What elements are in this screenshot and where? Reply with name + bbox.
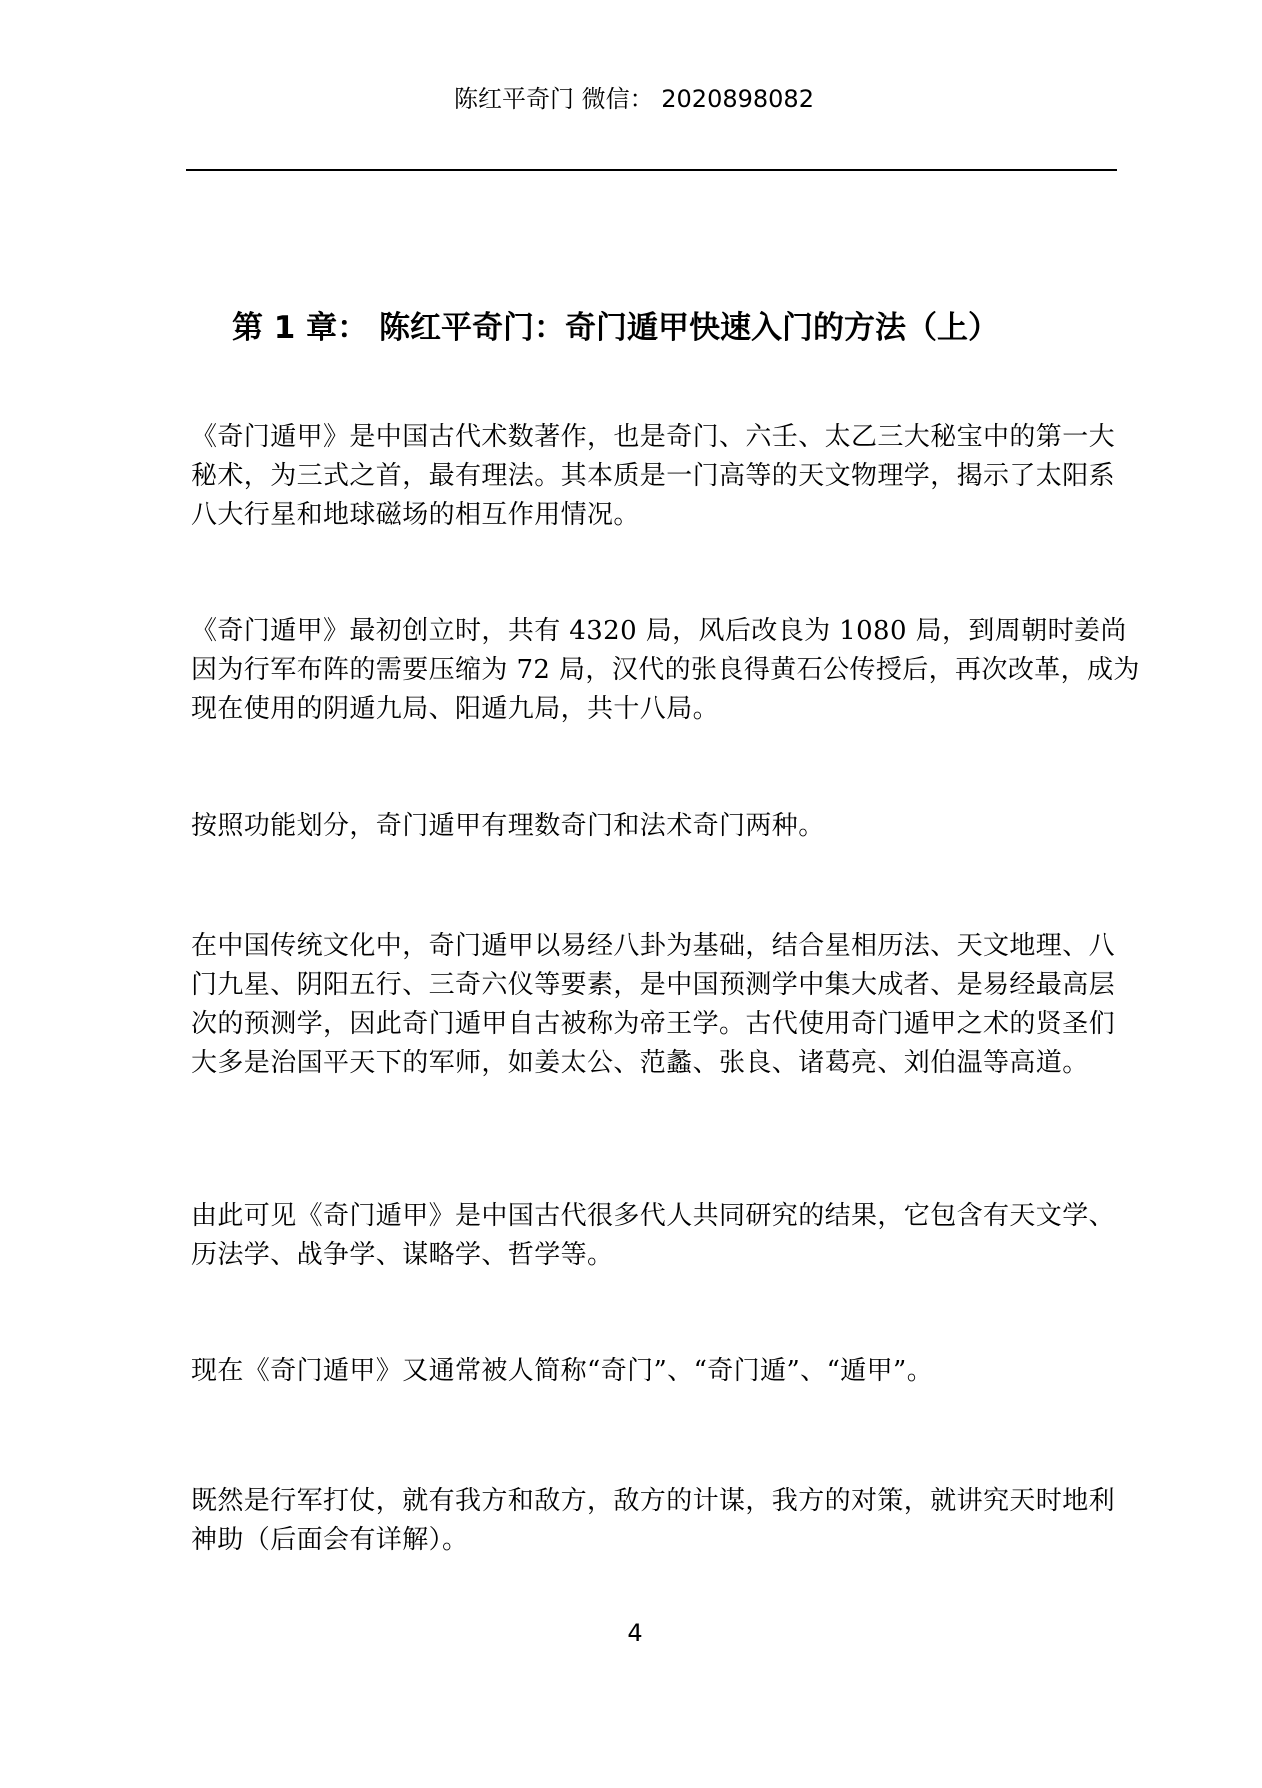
chapter-title: 第 1 章： 陈红平奇门：奇门遁甲快速入门的方法（上）	[232, 306, 999, 350]
page-header: 陈红平奇门 微信： 2020898082	[0, 82, 1262, 116]
paragraph-7: 既然是行军打仗，就有我方和敌方，敌方的计谋，我方的对策，就讲究天时地利神助（后面…	[191, 1482, 1141, 1560]
paragraph-4: 在中国传统文化中，奇门遁甲以易经八卦为基础，结合星相历法、天文地理、八门九星、阴…	[191, 927, 1141, 1083]
header-rule	[186, 169, 1117, 171]
paragraph-2: 《奇门遁甲》最初创立时，共有 4320 局，风后改良为 1080 局，到周朝时姜…	[191, 612, 1141, 729]
paragraph-5: 由此可见《奇门遁甲》是中国古代很多代人共同研究的结果，它包含有天文学、历法学、战…	[191, 1197, 1141, 1275]
paragraph-6: 现在《奇门遁甲》又通常被人简称“奇门”、“奇门遁”、“遁甲”。	[191, 1352, 1141, 1391]
page-number: 4	[0, 1618, 1262, 1648]
paragraph-1: 《奇门遁甲》是中国古代术数著作，也是奇门、六壬、太乙三大秘宝中的第一大秘术，为三…	[191, 418, 1141, 535]
paragraph-3: 按照功能划分，奇门遁甲有理数奇门和法术奇门两种。	[191, 807, 1141, 846]
